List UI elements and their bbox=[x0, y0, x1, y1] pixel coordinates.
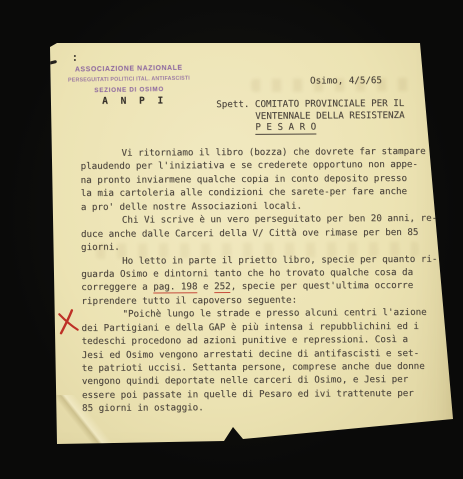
red-underlined-page-ref: 252 bbox=[214, 281, 231, 293]
text-segment: e bbox=[197, 282, 214, 293]
ink-transfer-ghost bbox=[251, 78, 419, 92]
red-x-mark bbox=[55, 307, 83, 336]
letter-body: Vi ritorniamo il libro (bozza) che dovre… bbox=[80, 145, 432, 416]
recipient-city-underlined: P E S A R O bbox=[255, 122, 316, 135]
body-line: la mia cartoleria alle condizioni che sa… bbox=[81, 185, 431, 201]
ink-smudge bbox=[47, 60, 57, 65]
recipient-line: Spett. COMITATO PROVINCIALE PER IL bbox=[216, 98, 404, 111]
body-line: essere poi passate in quelle di Pesaro e… bbox=[82, 387, 432, 403]
typed-colon-mark bbox=[74, 55, 76, 57]
recipient-city: P E S A R O bbox=[216, 121, 404, 134]
ink-transfer-ghost bbox=[96, 242, 418, 259]
letter-paper: ASSOCIAZIONE NAZIONALE PERSEGUITATI POLI… bbox=[0, 0, 463, 479]
photo-background: ASSOCIAZIONE NAZIONALE PERSEGUITATI POLI… bbox=[0, 0, 463, 479]
red-underlined-page-ref: pag. 198 bbox=[153, 282, 197, 294]
body-line: 85 giorni in ostaggio. bbox=[82, 400, 432, 416]
text-segment: , specie per quest'ultima occorre bbox=[231, 280, 414, 292]
recipient-block: Spett. COMITATO PROVINCIALE PER IL VENTE… bbox=[216, 98, 405, 134]
text-segment: correggere a bbox=[81, 282, 153, 293]
anpi-typed-line: A N P I bbox=[102, 95, 167, 106]
body-line-corrections: correggere a pag. 198 e 252, specie per … bbox=[81, 279, 431, 295]
association-stamp: ASSOCIAZIONE NAZIONALE PERSEGUITATI POLI… bbox=[59, 62, 200, 96]
paper-fold bbox=[53, 395, 111, 445]
recipient-line: VENTENNALE DELLA RESISTENZA bbox=[216, 110, 404, 123]
body-line: duce anche dalle Carceri della V/ Città … bbox=[81, 225, 431, 241]
letter-content: ASSOCIAZIONE NAZIONALE PERSEGUITATI POLI… bbox=[0, 0, 463, 479]
